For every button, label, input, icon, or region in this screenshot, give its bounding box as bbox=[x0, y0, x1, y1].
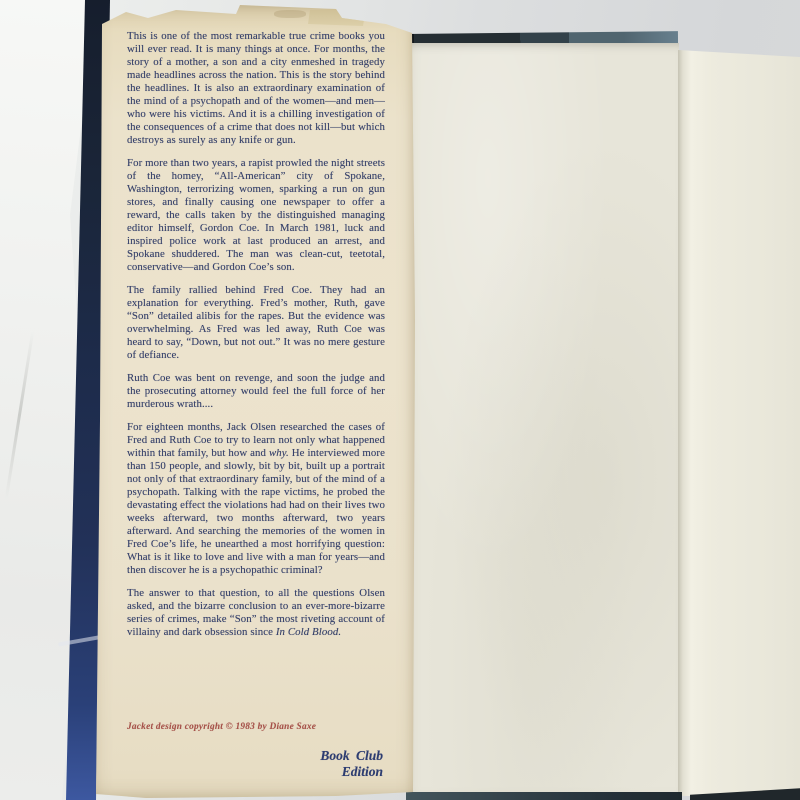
flap-text-run: For more than two years, a rapist prowle… bbox=[127, 157, 385, 273]
flyleaf-page bbox=[678, 44, 800, 796]
flap-paragraph: For eighteen months, Jack Olsen research… bbox=[127, 421, 385, 577]
flap-text-run: The answer to that question, to all the … bbox=[127, 587, 385, 638]
flap-text-run: He interviewed more than 150 people, and… bbox=[127, 447, 385, 576]
flap-folded-corner bbox=[308, 7, 366, 26]
flap-text-run: Ruth Coe was bent on revenge, and soon t… bbox=[127, 372, 385, 410]
book-club-line1: Book Club bbox=[127, 748, 383, 764]
book-cover-bottom-edge bbox=[406, 792, 682, 800]
flap-text-run: This is one of the most remarkable true … bbox=[127, 30, 385, 146]
flap-paragraph: The answer to that question, to all the … bbox=[127, 587, 385, 639]
photo-background: This is one of the most remarkable true … bbox=[0, 0, 800, 800]
jacket-design-credit: Jacket design copyright © 1983 by Diane … bbox=[127, 722, 385, 732]
flap-text-italic-run: why. bbox=[269, 447, 289, 459]
flap-paragraph: Ruth Coe was bent on revenge, and soon t… bbox=[127, 372, 385, 411]
endpaper-pastedown bbox=[406, 43, 679, 794]
book-club-edition: Book Club Edition bbox=[127, 748, 383, 779]
flap-paragraphs: This is one of the most remarkable true … bbox=[127, 30, 385, 649]
dust-jacket-front-flap: This is one of the most remarkable true … bbox=[86, 0, 416, 800]
flap-text-italic-run: In Cold Blood. bbox=[276, 626, 341, 638]
book-club-line2: Edition bbox=[127, 764, 383, 780]
flap-paragraph: This is one of the most remarkable true … bbox=[127, 30, 385, 147]
flap-paragraph: The family rallied behind Fred Coe. They… bbox=[127, 284, 385, 362]
flap-tear-mark bbox=[274, 10, 306, 18]
flap-paragraph: For more than two years, a rapist prowle… bbox=[127, 157, 385, 274]
flap-text-run: The family rallied behind Fred Coe. They… bbox=[127, 284, 385, 361]
